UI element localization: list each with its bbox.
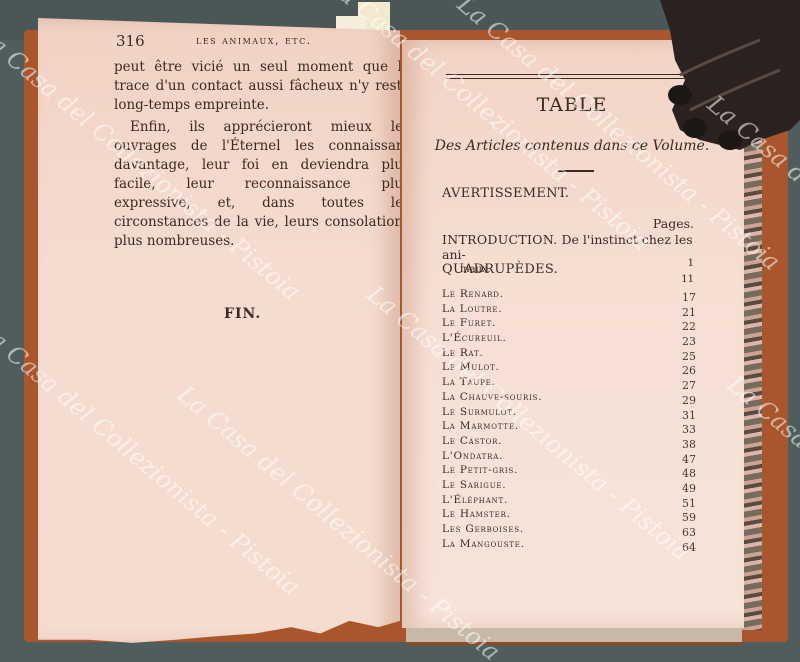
intro-page-number: 1 (688, 258, 694, 269)
toc-entry: Les Gerboises.63 (442, 523, 696, 538)
left-page: 316 les animaux, etc. peut être vicié un… (38, 18, 400, 646)
toc-entry: Le Surmulot.31 (442, 406, 696, 421)
paragraph: peut être vicié un seul moment que la tr… (114, 58, 410, 115)
paragraph: Enfin, ils apprécieront mieux les ouvrag… (114, 118, 410, 251)
short-rule (558, 170, 594, 172)
pages-label: Pages. (653, 216, 694, 231)
toc-entry: L'Écureuil.23 (442, 332, 696, 347)
running-head: les animaux, etc. (196, 34, 312, 47)
marbled-edge (742, 110, 762, 630)
toc-entry: La Chauve-souris.29 (442, 391, 696, 406)
toc-entry: La Loutre.21 (442, 303, 696, 318)
toc-entry: Le Furet.22 (442, 317, 696, 332)
hand-sculpture-icon (640, 0, 800, 160)
toc-entry: La Mangouste.64 (442, 538, 696, 553)
toc-entry: Le Sarigue.49 (442, 479, 696, 494)
toc-entry: Le Hamster.59 (442, 508, 696, 523)
toc-entry: L'Éléphant.51 (442, 494, 696, 509)
page-edge (406, 628, 742, 645)
toc-avertissement: AVERTISSEMENT. (442, 186, 569, 201)
toc-entry: La Taupe.27 (442, 376, 696, 391)
section-page-number: 11 (681, 274, 694, 285)
toc-entry: Le Mulot.26 (442, 361, 696, 376)
body-text: peut être vicié un seul moment que la tr… (114, 58, 410, 251)
toc-entry: Le Renard.17 (442, 288, 696, 303)
toc-section: QUADRUPÈDES. (442, 262, 558, 277)
toc-entry: Le Petit-gris.48 (442, 464, 696, 479)
toc-entry: L'Ondatra.47 (442, 450, 696, 465)
intro-label: INTRODUCTION. (442, 232, 558, 247)
toc-list: Le Renard.17 La Loutre.21 Le Furet.22 L'… (442, 288, 696, 552)
toc-entry: La Marmotte.33 (442, 420, 696, 435)
toc-entry: Le Castor.38 (442, 435, 696, 450)
page-number: 316 (116, 32, 145, 50)
end-mark: FIN. (224, 306, 261, 322)
toc-entry: Le Rat.25 (442, 347, 696, 362)
